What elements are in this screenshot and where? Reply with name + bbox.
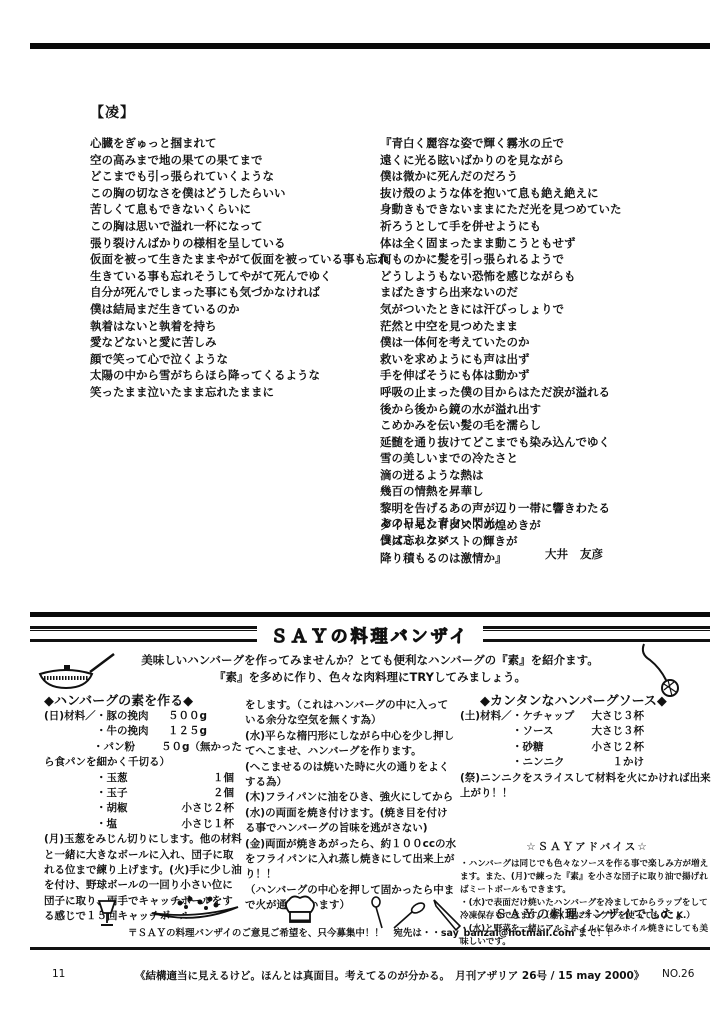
- cooking-intro: 美味しいハンバーグを作ってみませんか？とても便利なハンバーグの『素』を紹介ます。…: [110, 652, 630, 686]
- poem-line: 救いを求めようにも声は出ず: [380, 351, 622, 368]
- ingredient-name: ・パン粉: [93, 740, 161, 755]
- poem-line: 愛などないと愛に苦しみ: [90, 334, 389, 351]
- ingredient-row: ・牛の挽肉 １２５g: [44, 724, 242, 739]
- poem-line: 手を伸ばそうにも体は動かず: [380, 367, 622, 384]
- ingredient-row: ・ソース 大さじ３杯: [460, 724, 715, 739]
- ingredient-name: ・ニンニク: [512, 755, 580, 770]
- recipe-steps-continued: をします。（これはハンバーグの中に入っている余分な空気を無くす為） (水)平らな…: [245, 698, 457, 914]
- ingredient-name: ・胡椒: [96, 801, 168, 816]
- recipe-step: (水)平らな楕円形にしながら中心を少し押してへこませ、ハンバーグを作ります。: [245, 729, 457, 760]
- poem-line: この胸は思いで溢れ一杯になって: [90, 218, 389, 235]
- chef-hat-icon: [283, 894, 317, 926]
- poem-line: 苦しくて息もできないくらいに: [90, 201, 389, 218]
- ingredient-row: ・パン粉 ５０g（無かった: [44, 740, 242, 755]
- poem-line: こめかみを伝い髪の毛を濡らし: [380, 417, 622, 434]
- ingredient-row: ・胡椒 小さじ２杯: [44, 801, 242, 816]
- poem-line: 何ものかに髪を引っ張られるようで: [380, 251, 622, 268]
- recipe-step: (金)両面が焼きあがったら、約１００ccの水をフライパンに入れ蒸し焼きにして出来…: [245, 837, 457, 883]
- base-recipe-heading: ◆ハンバーグの素を作る◆: [44, 690, 242, 709]
- ingredient-qty: ５００g: [168, 709, 207, 724]
- ingredient-name: ・ソース: [512, 724, 580, 739]
- poem-line: 仮面を被って生きたままやがて仮面を被っている事も忘れ: [90, 251, 389, 268]
- poem-closing: あの日見た青白い閃光 僕は忘れない: [380, 515, 495, 548]
- ingredient-qty: 小さじ１杯: [168, 817, 234, 832]
- poem-line: 太陽の中から雪がちらほら降ってくるような: [90, 367, 389, 384]
- ingredient-lead: [460, 740, 512, 755]
- ingredient-qty: ２個: [168, 786, 234, 801]
- ingredient-row: ・玉葱 １個: [44, 771, 242, 786]
- poem-title: 【凌】: [90, 102, 135, 122]
- ingredient-lead: [460, 724, 512, 739]
- ingredient-qty: １かけ: [580, 755, 644, 770]
- ingredient-qty: 小さじ２杯: [168, 801, 234, 816]
- poem-line: 僕は微かに死んだのだろう: [380, 168, 622, 185]
- poem-author: 大井 友彦: [545, 546, 603, 562]
- sauce-recipe-heading: ◆カンタンなハンバーグソース◆: [460, 690, 715, 709]
- poem-line: 自分が死んでしまった事にも気づかなければ: [90, 284, 389, 301]
- poem-line: 張り裂けんばかりの様相を呈している: [90, 235, 389, 252]
- feedback-notice: 〒ＳＡＹの料理バンザイのご意見ご希望を、只今募集中！！ 宛先は・・say_ban…: [128, 925, 616, 939]
- poem-line: この胸の切なさを僕はどうしたらいい: [90, 185, 389, 202]
- poem-line: 茫然と中空を見つめたまま: [380, 318, 622, 335]
- ingredient-row: ・玉子 ２個: [44, 786, 242, 801]
- poem-line: 笑ったまま泣いたまま忘れたままに: [90, 384, 389, 401]
- poem-line: 僕は結局まだ生きているのか: [90, 301, 389, 318]
- poem-line: 延髄を通り抜けてどこまでも染み込んでゆく: [380, 434, 622, 451]
- issue-number: NO.26: [662, 968, 694, 980]
- ingredient-row: ・ニンニク １かけ: [460, 755, 715, 770]
- poem-line: 幾百の情熱を昇華し: [380, 483, 622, 500]
- ingredient-lead: [44, 724, 96, 739]
- ingredient-qty: 大さじ３杯: [580, 724, 644, 739]
- ingredient-row: (日)材料／ ・豚の挽肉 ５００g: [44, 709, 242, 724]
- advice-title: ☆ＳＡＹアドバイス☆: [460, 839, 715, 854]
- ingredient-name: ・砂糖: [512, 740, 580, 755]
- ingredient-qty: 大さじ３杯: [580, 709, 644, 724]
- ingredient-row: ・砂糖 小さじ２杯: [460, 740, 715, 755]
- section-rule: [30, 612, 710, 617]
- ingredient-name: ・塩: [96, 817, 168, 832]
- advice-item: ・ハンバーグは同じでも色々なソースを作る事で楽しみ方が増えます。また、(月)で練…: [460, 858, 715, 897]
- poem-line: 心臓をぎゅっと掴まれて: [90, 135, 389, 152]
- page-number: 11: [52, 968, 65, 980]
- signoff: ＳＡＹの料理バンザイでした。: [495, 905, 690, 922]
- ingredient-name: ・牛の挽肉: [96, 724, 168, 739]
- recipe-step: をします。（これはハンバーグの中に入っている余分な空気を無くす為）: [245, 698, 457, 729]
- poem-line: 遠くに光る眩いばかりのを見ながら: [380, 152, 622, 169]
- poem-line: 生きている事も忘れそうしてやがて死んでゆく: [90, 268, 389, 285]
- platter-icon: [150, 893, 240, 925]
- poem-left-column: 心臓をぎゅっと掴まれて 空の高みまで地の果ての果てまで どこまでも引っ張られてい…: [90, 135, 389, 401]
- poem-line: あの日見た青白い閃光: [380, 515, 495, 532]
- ingredient-qty: 小さじ２杯: [580, 740, 644, 755]
- ingredient-lead: (日)材料／: [44, 709, 96, 724]
- poem-right-column: 『青白く麗容な姿で輝く霧氷の丘で 遠くに光る眩いばかりのを見ながら 僕は微かに死…: [380, 135, 622, 566]
- glass-icon: [96, 895, 118, 929]
- poem-line: 滴の迸るような熱は: [380, 467, 622, 484]
- base-recipe-column: ◆ハンバーグの素を作る◆ (日)材料／ ・豚の挽肉 ５００g ・牛の挽肉 １２５…: [44, 690, 242, 925]
- poem-line: 気がついたときには汗びっしょりで: [380, 301, 622, 318]
- ingredient-row: (土)材料／ ・ケチャップ 大さじ３杯: [460, 709, 715, 724]
- poem-line: 呼吸の止まった僕の目からはただ涙が溢れる: [380, 384, 622, 401]
- ingredient-name: ・玉葱: [96, 771, 168, 786]
- sauce-step: (祭)ニンニクをスライスして材料を火にかければ出来上がり！！: [460, 771, 715, 802]
- ingredient-qty: ５０g（無かった: [161, 740, 242, 755]
- ingredient-lead: [460, 755, 512, 770]
- poem-line: 僕は忘れない: [380, 532, 495, 549]
- poem-line: 空の高みまで地の果ての果てまで: [90, 152, 389, 169]
- ingredient-name: ・豚の挽肉: [96, 709, 168, 724]
- poem-line: どこまでも引っ張られていくような: [90, 168, 389, 185]
- poem-line: どうしようもない恐怖を感じながらも: [380, 268, 622, 285]
- ingredient-lead: [44, 740, 93, 755]
- cooking-banner-title: ＳＡＹの料理バンザイ: [257, 622, 484, 647]
- recipe-step: (木)フライパンに油をひき、強火にしてから(水)の両面を焼き付けます。(焼き目を…: [245, 790, 457, 836]
- poem-line: 抜け殻のような体を抱いて息も絶え絶えに: [380, 185, 622, 202]
- intro-line: 『素』を多めに作り、色々な肉料理にTRYしてみましょう。: [110, 669, 630, 686]
- poem-line: 執着はないと執着を持ち: [90, 318, 389, 335]
- poem-line: 『青白く麗容な姿で輝く霧氷の丘で: [380, 135, 622, 152]
- poem-line: 体は全く固まったまま動こうともせず: [380, 235, 622, 252]
- bread-note: ら食パンを細かく千切る）: [44, 755, 242, 770]
- ingredient-qty: １個: [168, 771, 234, 786]
- poem-line: 祈ろうとして手を併せようにも: [380, 218, 622, 235]
- poem-line: 顔で笑って心で泣くような: [90, 351, 389, 368]
- ingredient-row: ・塩 小さじ１杯: [44, 817, 242, 832]
- bottom-rule: [30, 947, 710, 950]
- frying-pan-icon: [36, 650, 116, 692]
- ingredient-lead: (土)材料／: [460, 709, 512, 724]
- top-rule: [30, 43, 710, 49]
- ingredient-qty: １２５g: [168, 724, 207, 739]
- ingredient-name: ・ケチャップ: [512, 709, 580, 724]
- recipe-step: (へこませるのは焼いた時に火の通りをよくする為）: [245, 760, 457, 791]
- ingredient-name: ・玉子: [96, 786, 168, 801]
- poem-line: 身動きもできないままにただ光を見つめていた: [380, 201, 622, 218]
- poem-line: 雪の美しいまでの冷たさと: [380, 450, 622, 467]
- footer-tagline: 《結構適当に見えるけど。ほんとは真面目。考えてるのが分かる。 月刊アザリア 26…: [135, 968, 644, 983]
- intro-line: 美味しいハンバーグを作ってみませんか？とても便利なハンバーグの『素』を紹介ます。: [110, 652, 630, 669]
- poem-line: 後から後から鏡の水が溢れ出す: [380, 401, 622, 418]
- cooking-banner: ＳＡＹの料理バンザイ: [30, 623, 710, 645]
- poem-line: まばたきすら出来ないのだ: [380, 284, 622, 301]
- poem-line: 僕は一体何を考えていたのか: [380, 334, 622, 351]
- banner-lines-left: [30, 626, 257, 642]
